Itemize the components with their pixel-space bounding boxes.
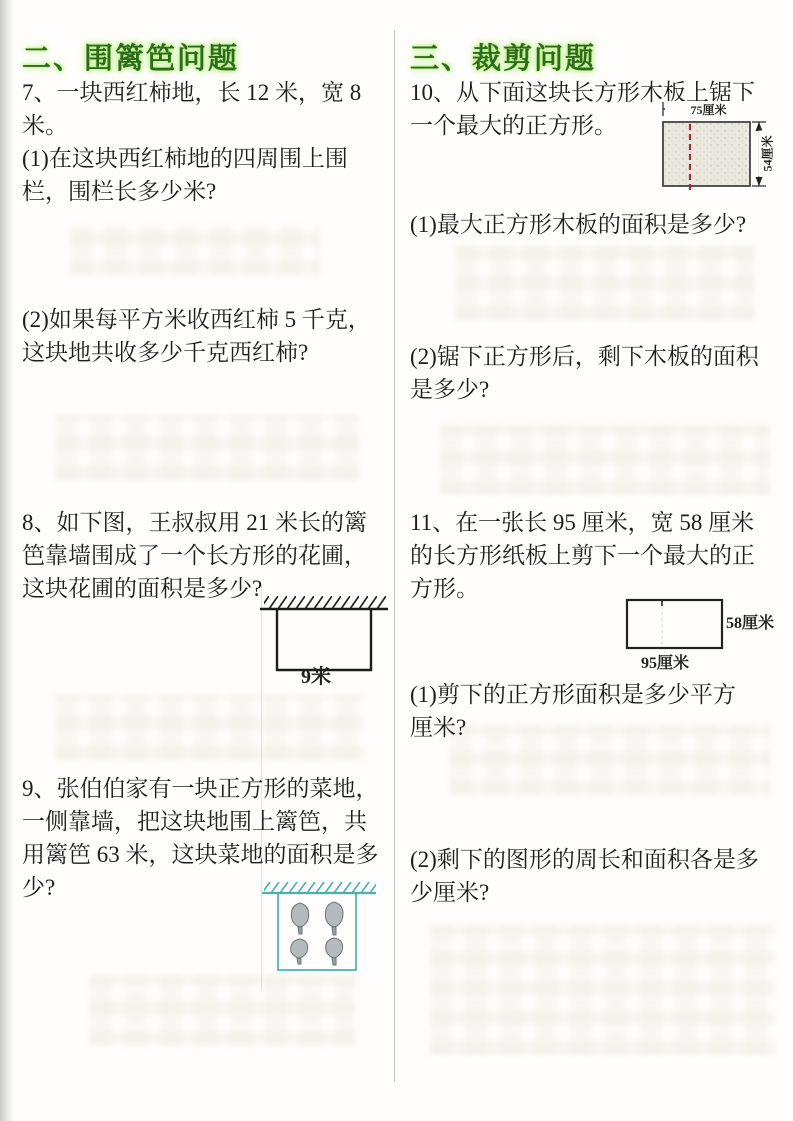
problem-7-statement: 7、一块西红柿地，长 12 米，宽 8 米。	[22, 76, 380, 142]
problem-11-question-2: (2)剩下的图形的周长和面积各是多少厘米?	[410, 843, 762, 909]
teal-wall-and-square-drawing	[262, 882, 382, 974]
cabbage-icon	[326, 938, 343, 965]
dimension-label-58cm: 58厘米	[726, 610, 774, 633]
bleed-through-ghost-text	[55, 695, 365, 760]
cardboard-diagram: 58厘米 95厘米	[623, 594, 793, 678]
section-title-fence-problems: 二、围篱笆问题	[22, 36, 239, 77]
bleed-through-ghost-text	[430, 925, 775, 1055]
dimension-label-95cm: 95厘米	[641, 650, 689, 673]
bleed-through-ghost-text	[70, 225, 320, 275]
scan-edge-shadow	[0, 0, 14, 1121]
wood-board-rectangle	[663, 122, 750, 186]
wood-board-diagram: 75厘米 54厘米	[653, 100, 791, 210]
problem-10-question-1: (1)最大正方形木板的面积是多少?	[410, 208, 775, 241]
bleed-through-ghost-text	[455, 245, 755, 320]
vegetable-plot-diagram	[262, 882, 382, 977]
bleed-through-ghost-text	[440, 425, 770, 495]
teal-wall-hatching	[264, 882, 376, 892]
cabbage-icon	[291, 939, 308, 964]
vegetable-plot-square	[278, 893, 356, 970]
problem-11-question-1: (1)剪下的正方形面积是多少平方厘米?	[410, 678, 756, 744]
cabbage-icon	[291, 903, 308, 934]
dimension-label-54cm: 54厘米	[759, 131, 774, 177]
section-title-cutting-problems: 三、裁剪问题	[410, 36, 596, 77]
problem-10-question-2: (2)锯下正方形后，剩下木板的面积是多少?	[410, 340, 768, 406]
wall-hatching	[264, 596, 386, 608]
problem-7-question-1: (1)在这块西红柿地的四周围上围栏，围栏长多少米?	[22, 142, 380, 208]
problem-11-statement: 11、在一张长 95 厘米，宽 58 厘米的长方形纸板上剪下一个最大的正方形。	[410, 506, 760, 605]
cabbage-icon	[325, 902, 343, 935]
worksheet-page: { "left": { "title": "二、围篱笆问题", "p7_text…	[0, 0, 793, 1121]
arrowhead-down	[756, 177, 763, 186]
dimension-label-75cm: 75厘米	[665, 101, 752, 118]
bleed-through-ghost-text	[90, 975, 355, 1045]
column-divider	[394, 30, 395, 1082]
problem-8-statement: 8、如下图，王叔叔用 21 米长的篱笆靠墙围成了一个长方形的花圃，这块花圃的面积…	[22, 506, 380, 605]
flower-bed-diagram: 9米	[260, 596, 390, 696]
problem-7-question-2: (2)如果每平方米收西红柿 5 千克，这块地共收多少千克西红柿?	[22, 303, 380, 369]
bleed-through-ghost-text	[55, 415, 360, 480]
cardboard-rectangle	[627, 600, 722, 648]
dimension-label-9m: 9米	[260, 660, 372, 689]
